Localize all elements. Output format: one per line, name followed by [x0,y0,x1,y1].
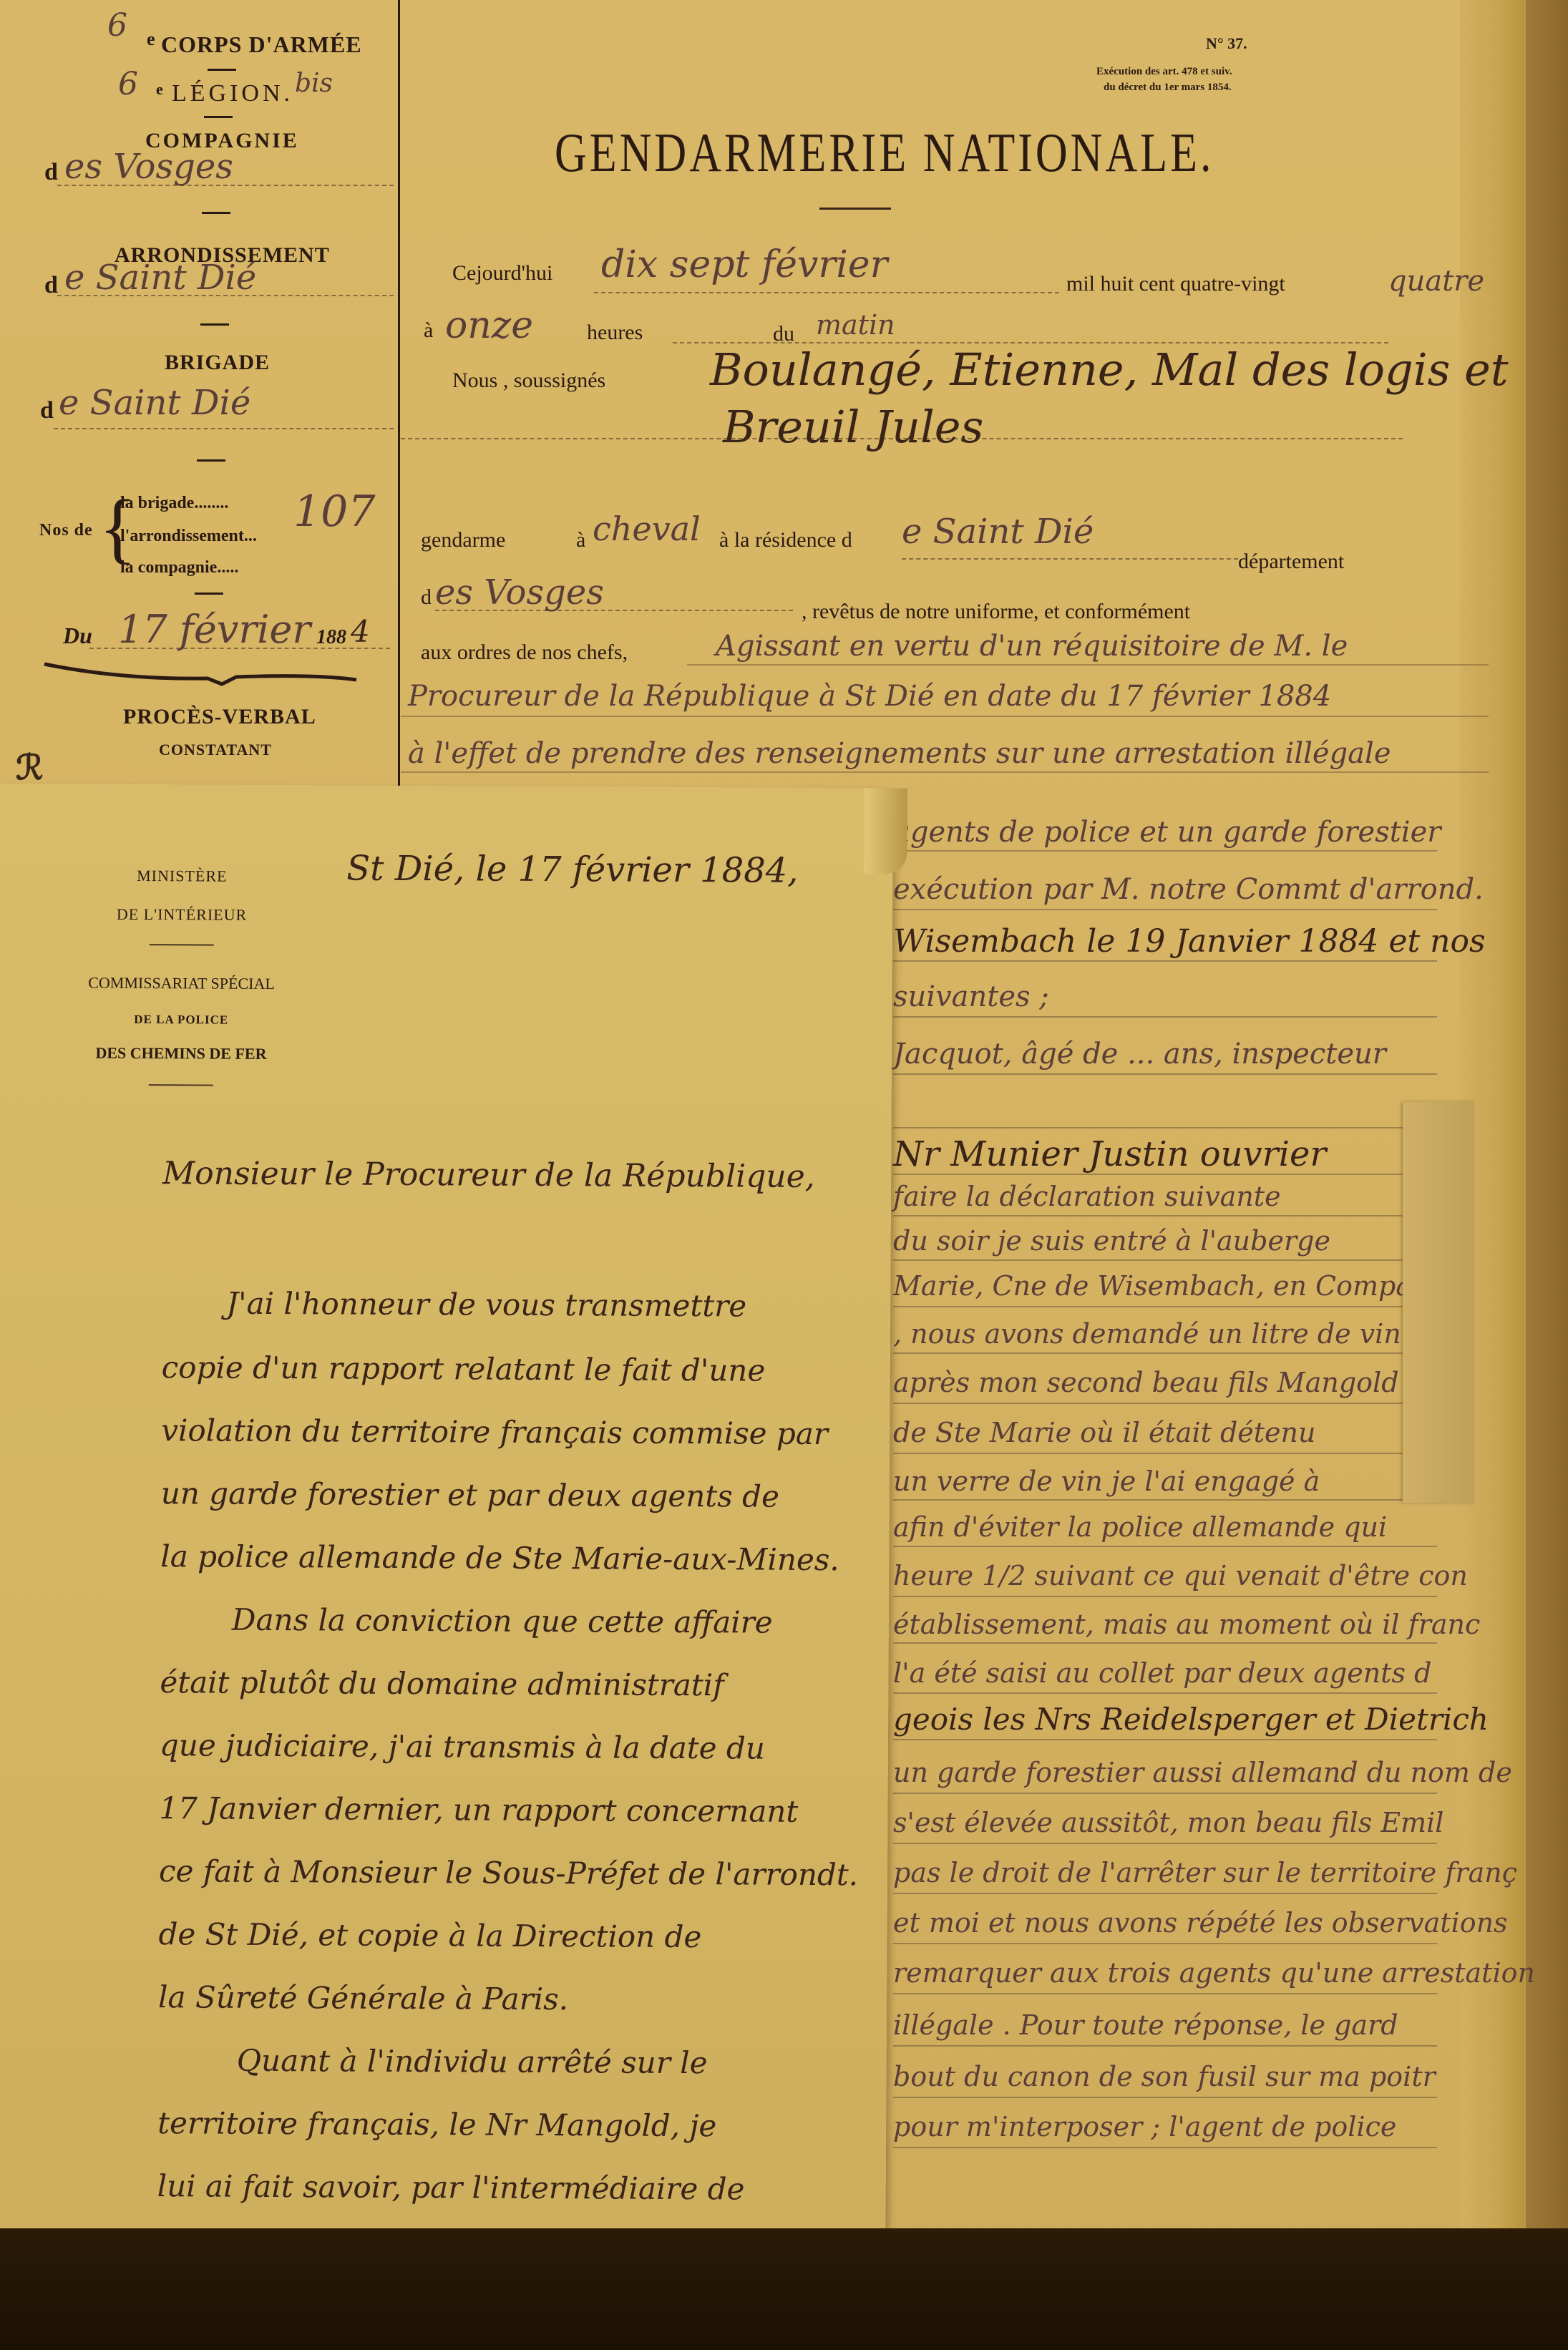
date-value: 17 février [118,607,311,652]
body-line: territoire français, le Nr Mangold, je [157,2105,716,2143]
fill-line [54,428,394,429]
compagnie-value: es Vosges [64,147,233,187]
flourish-rule [43,658,358,687]
date-hand: dix sept février [601,243,887,286]
stamp-glyph: ℛ [16,748,43,788]
fill-line [401,438,1403,439]
legion-label: LÉGION. [172,80,293,107]
revetu-label: , revêtus de notre uniforme, et conformé… [802,600,1190,624]
numbers-label: Nos de [39,521,93,540]
continued-statement: agents de police et un garde forestier e… [893,801,1437,2276]
signatory-1: Boulangé, Etienne, Mal des logis et [710,343,1509,396]
fill-line [57,295,394,296]
page-curl [864,788,907,874]
salutation: Monsieur le Procureur de la République, [162,1155,815,1195]
form-left-column: 6 e CORPS D'ARMÉE 6 e LÉGION. bis COMPAG… [0,0,398,787]
body-line: copie d'un rapport relatant le fait d'un… [162,1350,766,1388]
numbers-row-brigade: la brigade........ [120,494,228,513]
statement-line: Jacquot, âgé de ... ans, inspecteur [893,1038,1386,1071]
statement-line: pour m'interposer ; l'agent de police [893,2111,1396,2142]
letterhead-line-4: DE LA POLICE [42,1012,321,1028]
legion-suffix: e [156,80,164,99]
divider [202,212,230,214]
corps-label: CORPS D'ARMÉE [161,31,362,58]
execution-note-1: Exécution des art. 478 et suiv. [1096,66,1232,78]
arrondissement-value: e Saint Dié [64,258,256,298]
year-label: mil huit cent quatre-vingt [1066,272,1285,296]
brigade-value: e Saint Dié [59,383,250,423]
letterhead-line-3: COMMISSARIAT SPÉCIAL [42,973,321,993]
statement-line: un verre de vin je l'ai engagé à [893,1466,1320,1497]
statement-line: un garde forestier aussi allemand du nom… [893,1757,1512,1788]
statement-line: après mon second beau fils Mangold [893,1367,1399,1398]
page-title: GENDARMERIE NATIONALE. [555,122,1214,185]
desk-shadow-bottom [0,2228,1568,2350]
folded-flap [1403,1102,1474,1503]
body-line: J'ai l'honneur de vous transmettre [226,1286,746,1324]
statement-line: de Ste Marie où il était détenu [893,1417,1315,1448]
statement-line: s'est élevée aussitôt, mon beau fils Emi… [893,1807,1443,1838]
pv-label: PROCÈS-VERBAL [123,705,316,729]
hand-line-2: Procureur de la République à St Dié en d… [408,680,1331,713]
body-line: un garde forestier et par deux agents de [161,1476,779,1514]
body-line: lui ai fait savoir, par l'intermédiaire … [157,2168,745,2206]
date-year-printed: 188 [316,626,346,649]
a-label: à [424,318,433,343]
statement-line: faire la déclaration suivante [893,1181,1281,1212]
arrondissement-prefix: d [44,272,59,299]
date-year-hand: 4 [351,614,370,649]
numbers-row-arrondissement: l'arrondissement... [120,527,257,546]
body-line: la Sûreté Générale à Paris. [158,1979,568,2017]
body-line: violation du territoire français commise… [161,1413,828,1451]
fill-line [902,558,1238,560]
letterhead-line-2: DE L'INTÉRIEUR [42,905,321,925]
rule-line [687,664,1489,665]
mount-hand: cheval [593,510,701,548]
fill-line [89,648,390,649]
statement-line: Wisembach le 19 Janvier 1884 et nos [893,923,1486,960]
hour-hand: onze [445,304,533,347]
statement-line: agents de police et un garde forestier [893,816,1441,849]
body-line: de St Dié, et copie à la Direction de [158,1916,701,1954]
execution-note-2: du décret du 1er mars 1854. [1104,82,1232,94]
body-line: Quant à l'individu arrêté sur le [237,2043,708,2080]
nous-label: Nous , soussignés [452,369,605,393]
letterhead: MINISTÈRE DE L'INTÉRIEUR COMMISSARIAT SP… [42,866,322,1086]
statement-line: bout du canon de son fusil sur ma poitr [893,2061,1436,2092]
statement-line: remarquer aux trois agents qu'une arrest… [893,1957,1535,1989]
rule-line [401,716,1489,717]
statement-line: exécution par M. notre Commt d'arrond. [893,873,1484,906]
compagnie-prefix: d [44,159,59,186]
letterhead-line-1: MINISTÈRE [42,866,321,886]
period-hand: matin [816,309,895,341]
statement-line: l'a été saisi au collet par deux agents … [893,1657,1431,1689]
heures-label: heures [587,321,643,345]
ordres-label: aux ordres de nos chefs, [421,640,628,665]
hand-line-1: Agissant en vertu d'un réquisitoire de M… [716,630,1348,663]
gendarme-label: gendarme [421,528,505,552]
divider [197,459,225,462]
residence-label: à la résidence d [719,528,852,552]
fill-line [435,610,793,611]
statement-line: illégale . Pour toute réponse, le gard [893,2009,1398,2041]
statement-line: pas le droit de l'arrêter sur le territo… [893,1857,1517,1888]
corps-suffix: e [147,29,156,50]
statement-line: , nous avons demandé un litre de vin [893,1318,1401,1350]
constatant-label: CONSTATANT [159,741,272,759]
ministry-letter: MINISTÈRE DE L'INTÉRIEUR COMMISSARIAT SP… [0,784,893,2284]
statement-line: afin d'éviter la police allemande qui [893,1511,1387,1543]
form-number: N° 37. [1206,34,1247,53]
date-prefix: Du [63,623,92,649]
ornament [42,943,321,946]
departement-label: département [1238,550,1344,574]
form-right-body: N° 37. Exécution des art. 478 et suiv. d… [401,0,1524,787]
divider [200,323,229,326]
dateline: St Dié, le 17 février 1884, [346,849,798,891]
residence-hand: e Saint Dié [902,512,1094,552]
divider [204,116,233,118]
statement-line: Marie, Cne de Wisembach, en Compa [893,1270,1412,1302]
title-underline [819,208,891,210]
legion-number: 6 [118,66,138,102]
body-line: Dans la conviction que cette affaire [232,1602,773,1640]
body-line: la police allemande de Ste Marie-aux-Min… [160,1539,839,1577]
brigade-label: BRIGADE [165,351,270,375]
dept-prefix: d [421,585,432,610]
numbers-row-compagnie: la compagnie..... [120,558,238,577]
divider [208,69,236,71]
body-line: ce fait à Monsieur le Sous-Préfet de l'a… [159,1853,858,1892]
brigade-prefix: d [40,397,54,424]
rule-line [401,771,1489,773]
dept-hand: es Vosges [435,572,604,613]
statement-line: geois les Nrs Reidelsperger et Dietrich [893,1702,1489,1737]
signatory-2: Breuil Jules [723,401,983,453]
ornament [42,1083,321,1086]
body-line: 17 Janvier dernier, un rapport concernan… [159,1790,798,1829]
desk-edge-right [1525,0,1568,2350]
statement-line: et moi et nous avons répété les observat… [893,1907,1508,1939]
corps-number: 6 [107,7,127,44]
letterhead-line-5: DES CHEMINS DE FER [42,1043,321,1063]
cejourdhui-label: Cejourd'hui [452,261,552,286]
hand-line-3: à l'effet de prendre des renseignements … [408,737,1391,770]
fill-line [57,185,394,186]
divider [195,593,223,595]
numbers-value: 107 [293,487,376,537]
statement-line: suivantes ; [893,980,1049,1013]
statement-line: heure 1/2 suivant ce qui venait d'être c… [893,1560,1468,1591]
column-divider [398,0,400,787]
body-line: que judiciaire, j'ai transmis à la date … [160,1727,765,1765]
statement-line: établissement, mais au moment où il fran… [893,1609,1480,1640]
a2-label: à [576,528,585,552]
statement-line: Nr Munier Justin ouvrier [893,1134,1326,1174]
statement-line: du soir je suis entré à l'auberge [893,1225,1330,1257]
fill-line [594,292,1059,293]
body-line: était plutôt du domaine administratif [160,1664,724,1702]
year-hand: quatre [1388,265,1484,298]
legion-annotation: bis [295,69,333,98]
